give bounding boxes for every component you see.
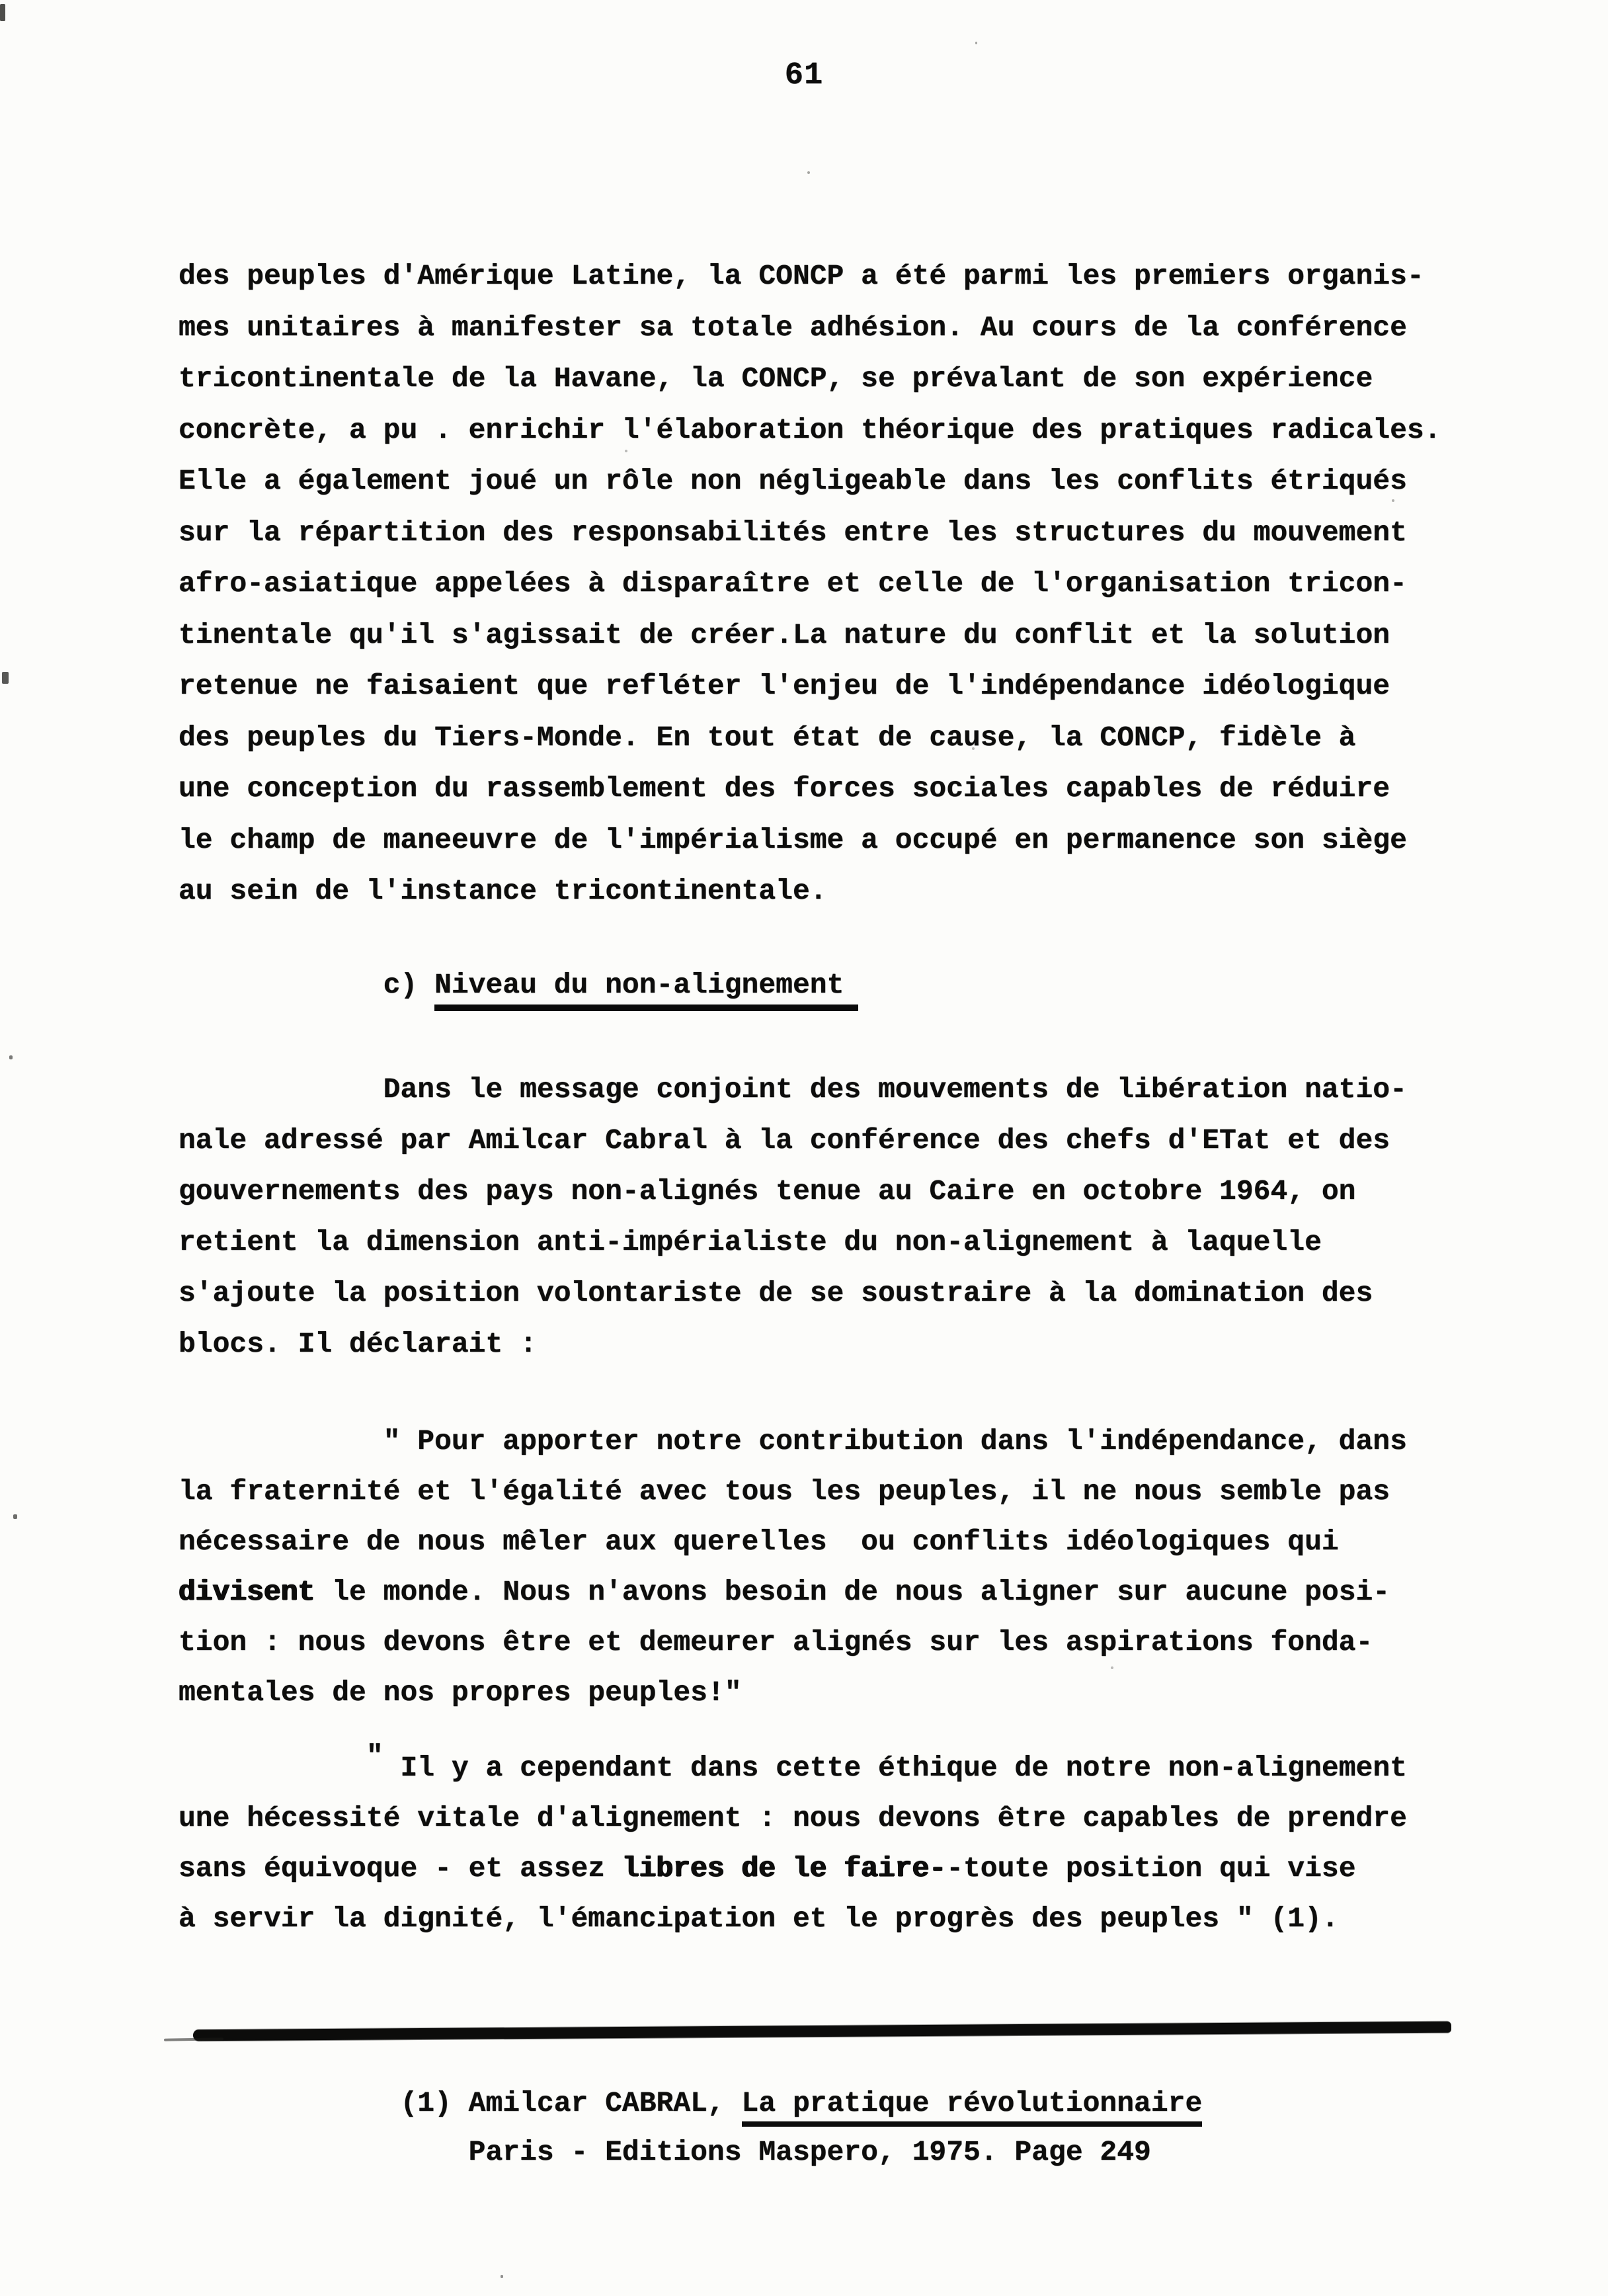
document-page: 61 des peuples d'Amérique Latine, la CON… (0, 0, 1608, 2296)
footnote-line: Paris - Editions Maspero, 1975. Page 249 (179, 2128, 1202, 2177)
scan-speck (2, 672, 9, 684)
text-line: mentales de nos propres peuples!" (179, 1668, 1407, 1718)
scan-speck (9, 1055, 13, 1059)
paragraph-cabral-message: Dans le message conjoint des mouvements … (179, 1064, 1407, 1370)
text-line: divisent le monde. Nous n'avons besoin d… (179, 1567, 1407, 1618)
text-line: retient la dimension anti-impérialiste d… (179, 1217, 1407, 1268)
text-line: afro-asiatique appelées à disparaître et… (179, 558, 1441, 610)
scan-speck (807, 171, 810, 174)
text-line: des peuples du Tiers-Monde. En tout état… (179, 712, 1441, 764)
text-line: la fraternité et l'égalité avec tous les… (179, 1467, 1407, 1517)
heading-prefix: c) (179, 969, 434, 1001)
footnote-ref: (1) Amilcar CABRAL, (179, 2087, 742, 2119)
text-segment: le monde. Nous n'avons besoin de nous al… (315, 1576, 1390, 1608)
scan-speck (13, 1514, 17, 1519)
text-line: nale adressé par Amilcar Cabral à la con… (179, 1115, 1407, 1166)
footnote-separator-line (193, 2022, 1451, 2041)
text-line: gouvernements des pays non-alignés tenue… (179, 1166, 1407, 1217)
text-line: mes unitaires à manifester sa totale adh… (179, 302, 1441, 354)
text-line: une hécessité vitale d'alignement : nous… (179, 1793, 1407, 1844)
scan-speck (0, 4, 5, 21)
text-line: au sein de l'instance tricontinentale. (179, 866, 1441, 917)
paragraph-concp-tricontinentale: des peuples d'Amérique Latine, la CONCP … (179, 251, 1441, 917)
scan-speck (501, 2275, 503, 2278)
text-line: " Pour apporter notre contribution dans … (179, 1416, 1407, 1467)
text-line: le champ de maneeuvre de l'impérialisme … (179, 815, 1441, 866)
scan-speck (1392, 499, 1394, 502)
text-line: Dans le message conjoint des mouvements … (179, 1064, 1407, 1115)
text-line: nécessaire de nous mêler aux querelles o… (179, 1517, 1407, 1567)
text-line: retenue ne faisaient que refléter l'enje… (179, 661, 1441, 712)
bold-phrase: libres de le faire- (622, 1852, 946, 1885)
text-line: sans équivoque - et assez libres de le f… (179, 1844, 1407, 1894)
text-line: sur la répartition des responsabilités e… (179, 507, 1441, 559)
text-line: tinentale qu'il s'agissait de créer.La n… (179, 610, 1441, 661)
text-line: des peuples d'Amérique Latine, la CONCP … (179, 251, 1441, 302)
bold-word: divisent (179, 1576, 315, 1608)
text-line: Elle a également joué un rôle non néglig… (179, 456, 1441, 507)
blockquote-non-alignement: " Il y a cependant dans cette éthique de… (179, 1743, 1407, 1944)
text-segment: Il y a cependant dans cette éthique de n… (383, 1752, 1407, 1784)
text-line: s'ajoute la position volontariste de se … (179, 1268, 1407, 1319)
text-line: concrète, a pu . enrichir l'élaboration … (179, 405, 1441, 456)
text-line: tion : nous devons être et demeurer alig… (179, 1618, 1407, 1668)
raised-quote-mark: " (366, 1740, 383, 1772)
text-line: " Il y a cependant dans cette éthique de… (179, 1743, 1407, 1793)
blockquote-contribution: " Pour apporter notre contribution dans … (179, 1416, 1407, 1718)
page-number: 61 (0, 58, 1608, 93)
footnote-book-title: La pratique révolutionnaire (742, 2087, 1203, 2127)
footnote-citation: (1) Amilcar CABRAL, La pratique révoluti… (179, 2079, 1202, 2177)
text-line: blocs. Il déclarait : (179, 1319, 1407, 1370)
text-segment: -toute position qui vise (946, 1852, 1355, 1885)
footnote-line: (1) Amilcar CABRAL, La pratique révoluti… (179, 2079, 1202, 2128)
text-line: une conception du rassemblement des forc… (179, 763, 1441, 815)
heading-title: Niveau du non-alignement (434, 969, 858, 1011)
text-segment: sans équivoque - et assez (179, 1852, 622, 1885)
scan-speck (625, 450, 627, 452)
text-line: tricontinentale de la Havane, la CONCP, … (179, 353, 1441, 405)
scan-speck (975, 42, 977, 44)
text-line: à servir la dignité, l'émancipation et l… (179, 1894, 1407, 1944)
scan-speck (972, 747, 975, 750)
indent (179, 1752, 366, 1784)
scan-speck (1111, 1666, 1113, 1669)
section-heading: c) Niveau du non-alignement (179, 960, 858, 1010)
